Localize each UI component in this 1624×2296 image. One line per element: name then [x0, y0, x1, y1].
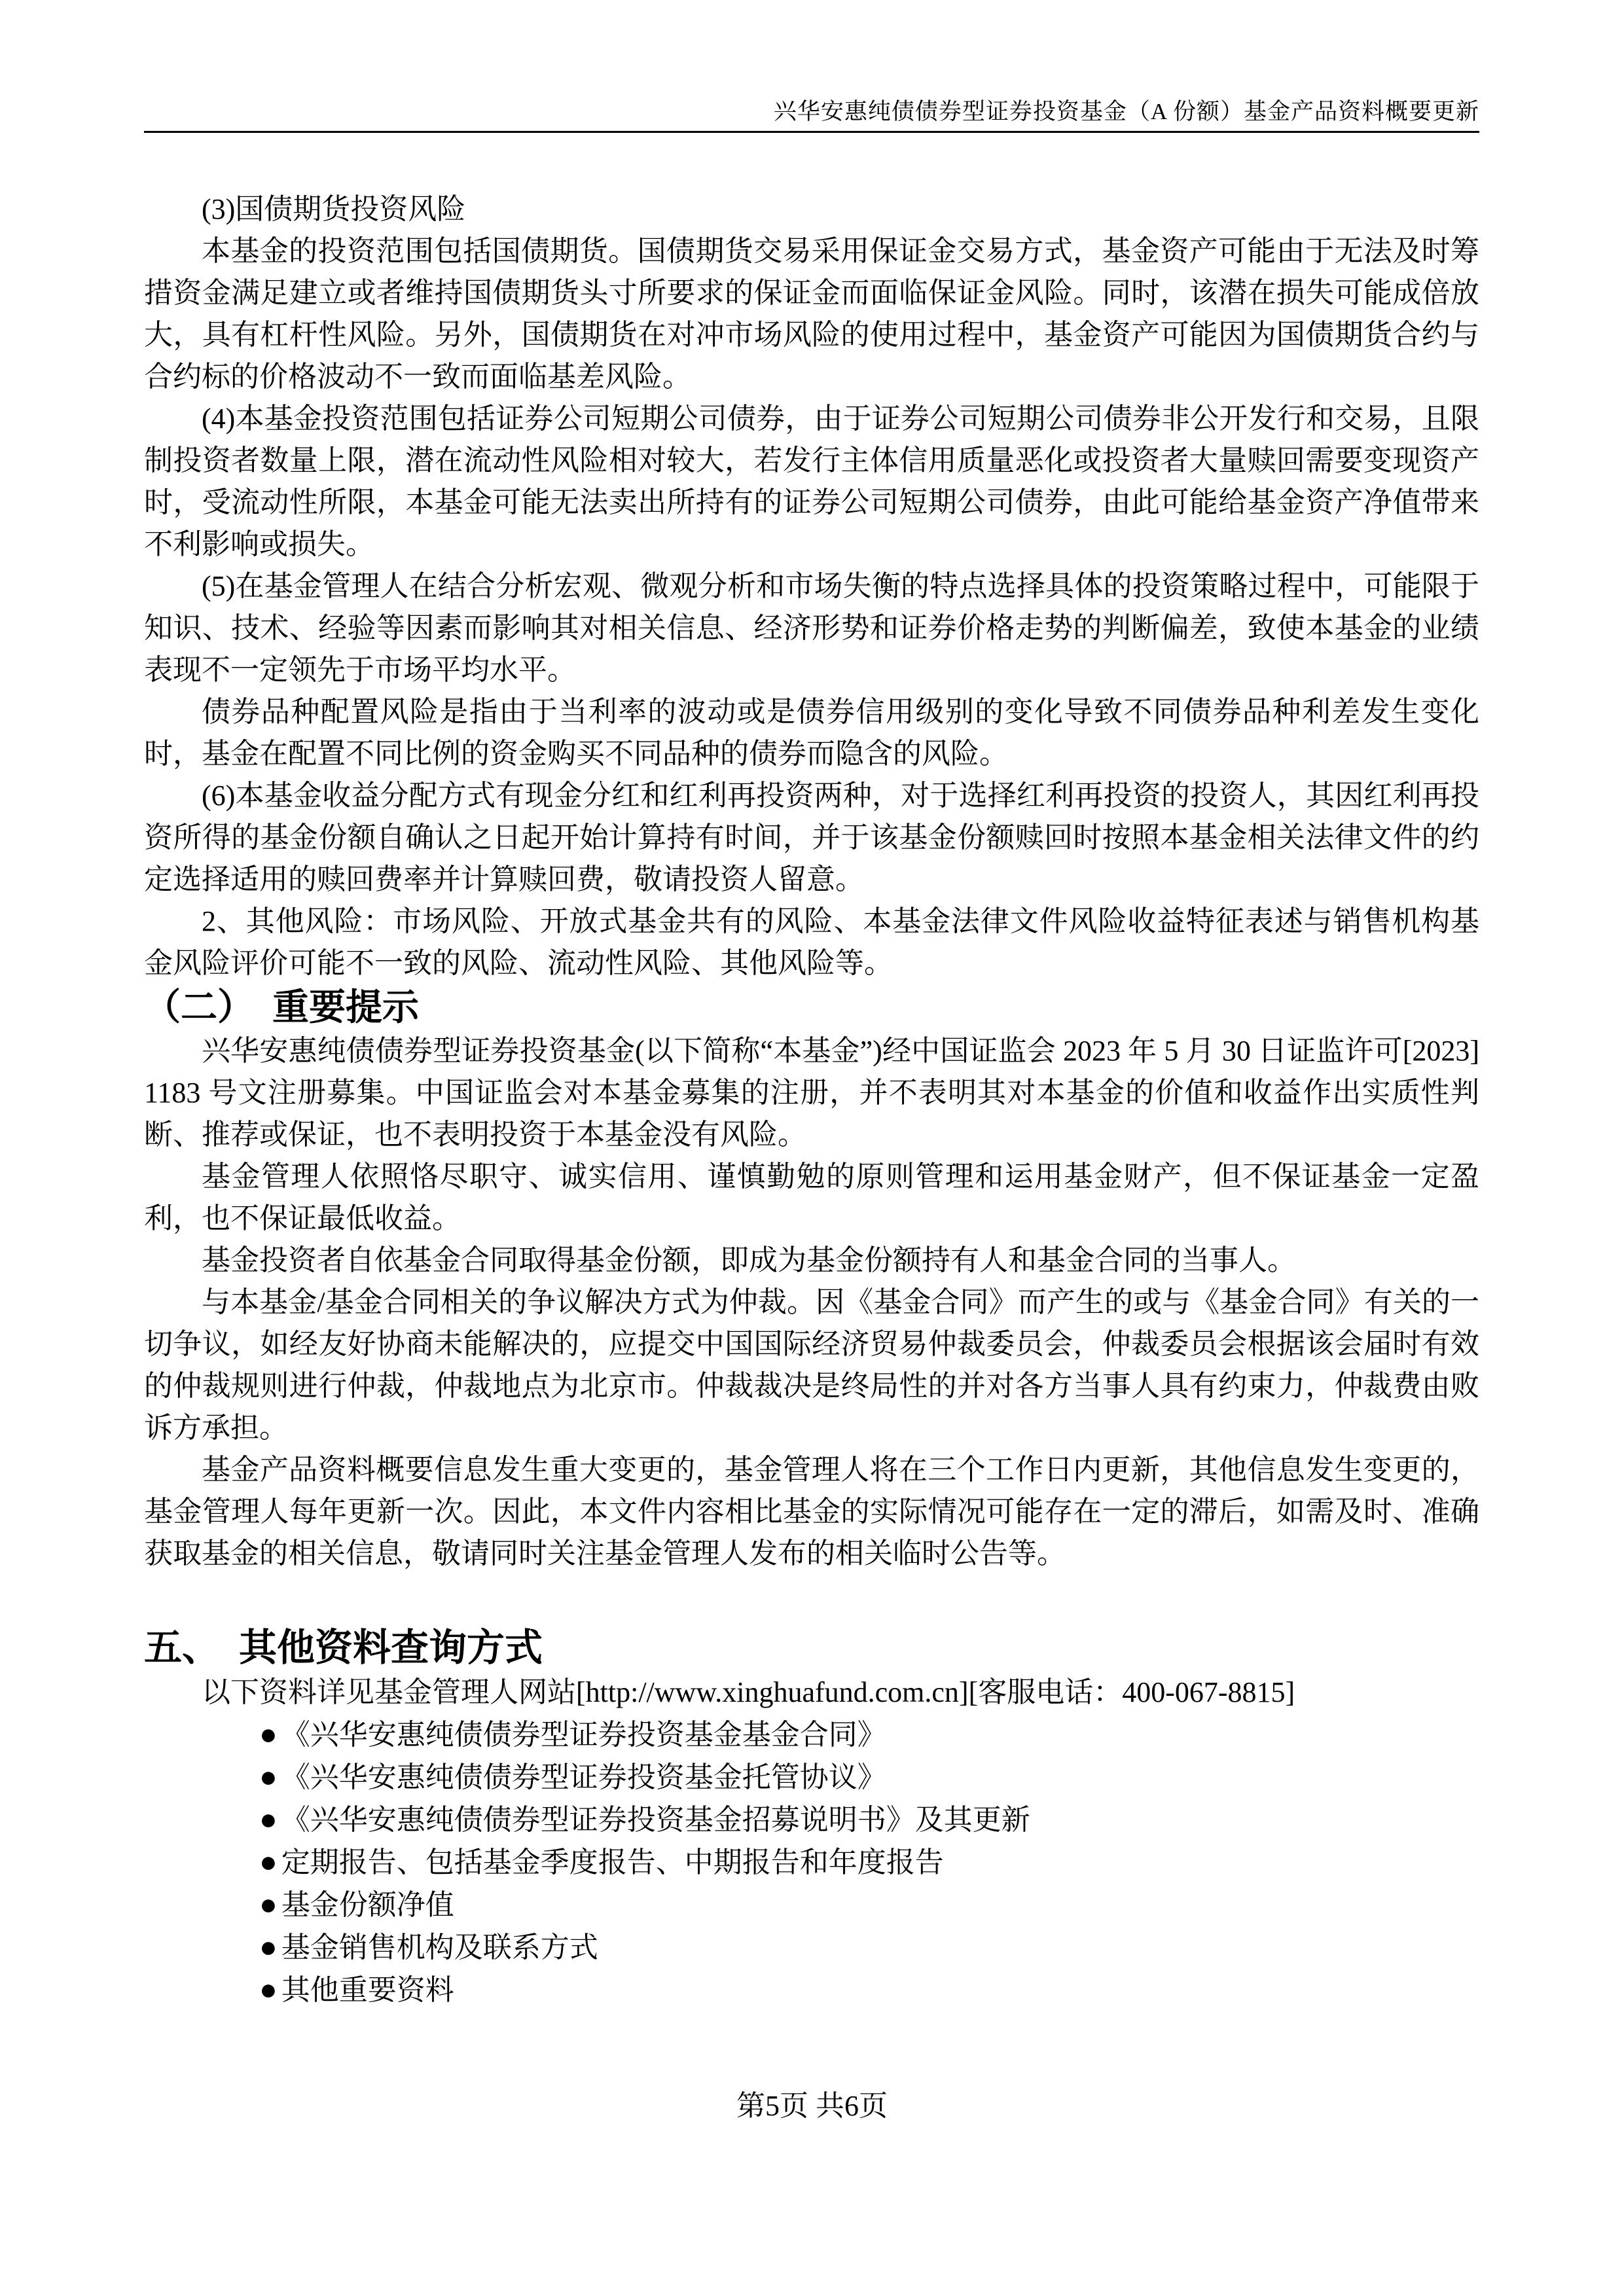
running-header: 兴华安惠纯债债券型证券投资基金（A 份额）基金产品资料概要更新 [144, 0, 1479, 126]
body-paragraph: 2、其他风险：市场风险、开放式基金共有的风险、本基金法律文件风险收益特征表述与销… [144, 901, 1479, 984]
list-item-label: 基金销售机构及联系方式 [281, 1931, 598, 1964]
header-rule [144, 131, 1479, 133]
body-paragraph: 与本基金/基金合同相关的争议解决方式为仲裁。因《基金合同》而产生的或与《基金合同… [144, 1282, 1479, 1449]
document-body: (3)国债期货投资风险 本基金的投资范围包括国债期货。国债期货交易采用保证金交易… [144, 188, 1479, 2011]
body-paragraph: (3)国债期货投资风险 [144, 188, 1479, 230]
bullet-icon: ● [202, 1756, 278, 1798]
body-paragraph: (4)本基金投资范围包括证券公司短期公司债券，由于证券公司短期公司债券非公开发行… [144, 398, 1479, 565]
list-item: ●基金销售机构及联系方式 [144, 1926, 1479, 1969]
section-heading-important-notice: （二） 重要提示 [144, 984, 1479, 1030]
body-paragraph: 债券品种配置风险是指由于当利率的波动或是债券信用级别的变化导致不同债券品种利差发… [144, 691, 1479, 775]
list-item-label: 其他重要资料 [281, 1974, 454, 2006]
bullet-icon: ● [202, 1841, 278, 1883]
body-paragraph: 基金投资者自依基金合同取得基金份额，即成为基金份额持有人和基金合同的当事人。 [144, 1240, 1479, 1282]
body-paragraph: (5)在基金管理人在结合分析宏观、微观分析和市场失衡的特点选择具体的投资策略过程… [144, 565, 1479, 691]
list-item: ●定期报告、包括基金季度报告、中期报告和年度报告 [144, 1841, 1479, 1884]
section-heading-other-info: 五、 其他资料查询方式 [144, 1624, 1479, 1672]
list-item-label: 基金份额净值 [281, 1889, 454, 1921]
list-item: ●《兴华安惠纯债债券型证券投资基金招募说明书》及其更新 [144, 1799, 1479, 1841]
bullet-icon: ● [202, 1969, 278, 2011]
list-item: ●《兴华安惠纯债债券型证券投资基金基金合同》 [144, 1713, 1479, 1756]
bullet-icon: ● [202, 1713, 278, 1755]
list-item-label: 《兴华安惠纯债债券型证券投资基金基金合同》 [281, 1719, 886, 1751]
document-list: ●《兴华安惠纯债债券型证券投资基金基金合同》 ●《兴华安惠纯债债券型证券投资基金… [144, 1713, 1479, 2011]
bullet-icon: ● [202, 1799, 278, 1840]
list-item: ●基金份额净值 [144, 1884, 1479, 1926]
body-paragraph: 基金管理人依照恪尽职守、诚实信用、谨慎勤勉的原则管理和运用基金财产，但不保证基金… [144, 1156, 1479, 1240]
bullet-icon: ● [202, 1926, 278, 1968]
list-item: ●其他重要资料 [144, 1969, 1479, 2011]
body-paragraph: 基金产品资料概要信息发生重大变更的，基金管理人将在三个工作日内更新，其他信息发生… [144, 1449, 1479, 1575]
document-page: 兴华安惠纯债债券型证券投资基金（A 份额）基金产品资料概要更新 (3)国债期货投… [0, 0, 1624, 2296]
list-item-label: 《兴华安惠纯债债券型证券投资基金招募说明书》及其更新 [281, 1804, 1030, 1836]
body-paragraph: (6)本基金收益分配方式有现金分红和红利再投资两种，对于选择红利再投资的投资人，… [144, 775, 1479, 901]
info-source-line: 以下资料详见基金管理人网站[http://www.xinghuafund.com… [144, 1672, 1479, 1713]
list-item-label: 《兴华安惠纯债债券型证券投资基金托管协议》 [281, 1761, 886, 1793]
list-item-label: 定期报告、包括基金季度报告、中期报告和年度报告 [281, 1846, 944, 1878]
body-paragraph: 兴华安惠纯债债券型证券投资基金(以下简称“本基金”)经中国证监会 2023 年 … [144, 1030, 1479, 1156]
page-footer: 第5页 共6页 [0, 2089, 1624, 2123]
bullet-icon: ● [202, 1884, 278, 1926]
body-paragraph: 本基金的投资范围包括国债期货。国债期货交易采用保证金交易方式，基金资产可能由于无… [144, 230, 1479, 398]
running-header-title: 兴华安惠纯债债券型证券投资基金（A 份额）基金产品资料概要更新 [774, 99, 1479, 124]
page-content: 兴华安惠纯债债券型证券投资基金（A 份额）基金产品资料概要更新 (3)国债期货投… [144, 0, 1479, 2011]
list-item: ●《兴华安惠纯债债券型证券投资基金托管协议》 [144, 1756, 1479, 1799]
